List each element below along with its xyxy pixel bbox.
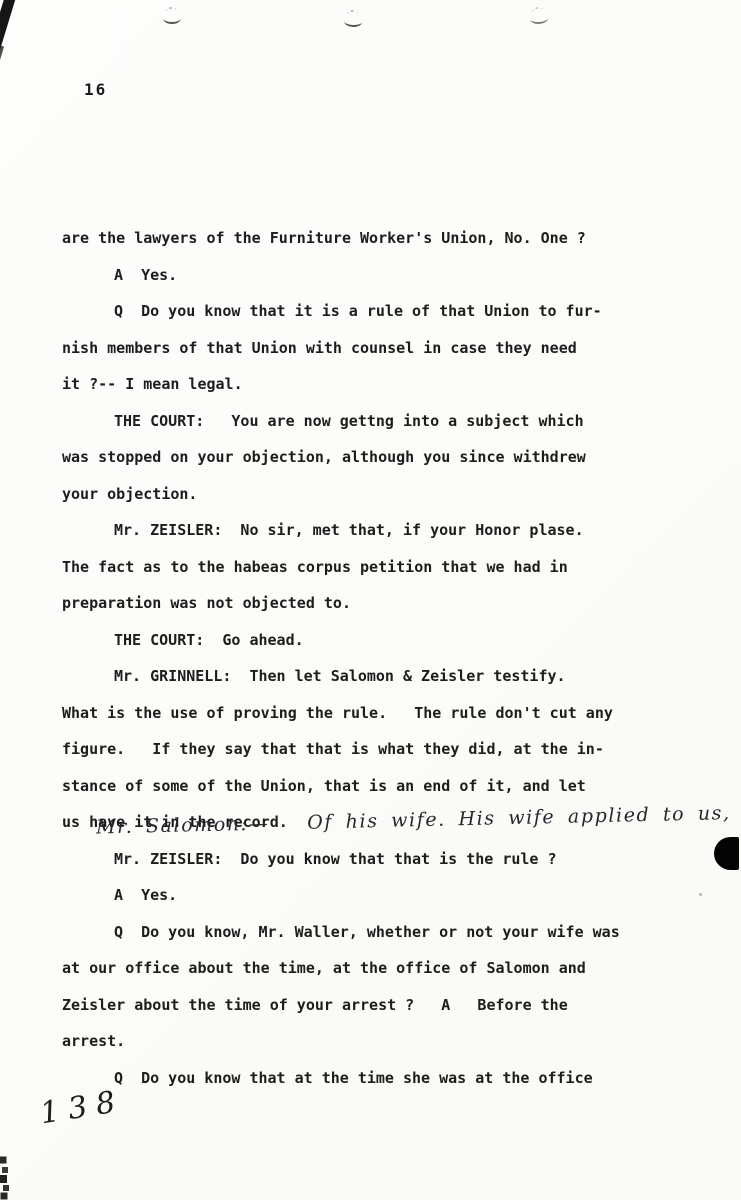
page-number: 16 bbox=[84, 80, 107, 99]
transcript-line: stance of some of the Union, that is an … bbox=[62, 768, 702, 805]
transcript-line: Q Do you know that it is a rule of that … bbox=[62, 293, 702, 330]
transcript-line: Q Do you know, Mr. Waller, whether or no… bbox=[62, 914, 702, 951]
transcript-line: Mr. GRINNELL: Then let Salomon & Zeisler… bbox=[62, 658, 702, 695]
transcript-line: THE COURT: You are now gettng into a sub… bbox=[62, 403, 702, 440]
ink-blob-mark bbox=[714, 837, 739, 870]
binding-smudge-mark-3 bbox=[530, 12, 549, 24]
transcript-line: figure. If they say that that is what th… bbox=[62, 731, 702, 768]
transcript-line: are the lawyers of the Furniture Worker'… bbox=[62, 220, 702, 257]
transcript-line: Mr. ZEISLER: No sir, met that, if your H… bbox=[62, 512, 702, 549]
ink-fleck bbox=[169, 7, 172, 9]
transcript-line: was stopped on your objection, although … bbox=[62, 439, 702, 476]
binding-smudge-mark-2 bbox=[344, 16, 363, 28]
transcript-line: preparation was not objected to. bbox=[62, 585, 702, 622]
transcript-line: The fact as to the habeas corpus petitio… bbox=[62, 549, 702, 586]
transcript-line: nish members of that Union with counsel … bbox=[62, 330, 702, 367]
scanned-transcript-page: 16 are the lawyers of the Furniture Work… bbox=[0, 0, 741, 1200]
transcript-line: THE COURT: Go ahead. bbox=[62, 622, 702, 659]
transcript-line: arrest. bbox=[62, 1023, 702, 1060]
transcript-line: A Yes. bbox=[62, 257, 702, 294]
transcript-line: your objection. bbox=[62, 476, 702, 513]
transcript-line: Zeisler about the time of your arrest ? … bbox=[62, 987, 702, 1024]
transcript-line: Q Do you know that at the time she was a… bbox=[62, 1060, 702, 1097]
transcript-line: What is the use of proving the rule. The… bbox=[62, 695, 702, 732]
left-edge-specks bbox=[0, 1150, 4, 1154]
transcript-line: at our office about the time, at the off… bbox=[62, 950, 702, 987]
handwritten-folio-number: 138 bbox=[38, 1084, 127, 1132]
transcript-line: A Yes. bbox=[62, 877, 702, 914]
transcript-body: are the lawyers of the Furniture Worker'… bbox=[62, 220, 702, 1096]
transcript-line: it ?-- I mean legal. bbox=[62, 366, 702, 403]
scan-corner-smudge bbox=[0, 0, 17, 62]
transcript-line: Mr. ZEISLER: Do you know that that is th… bbox=[62, 841, 702, 878]
ink-fleck bbox=[535, 7, 538, 9]
ink-fleck bbox=[351, 10, 354, 12]
binding-smudge-mark-1 bbox=[163, 13, 181, 24]
